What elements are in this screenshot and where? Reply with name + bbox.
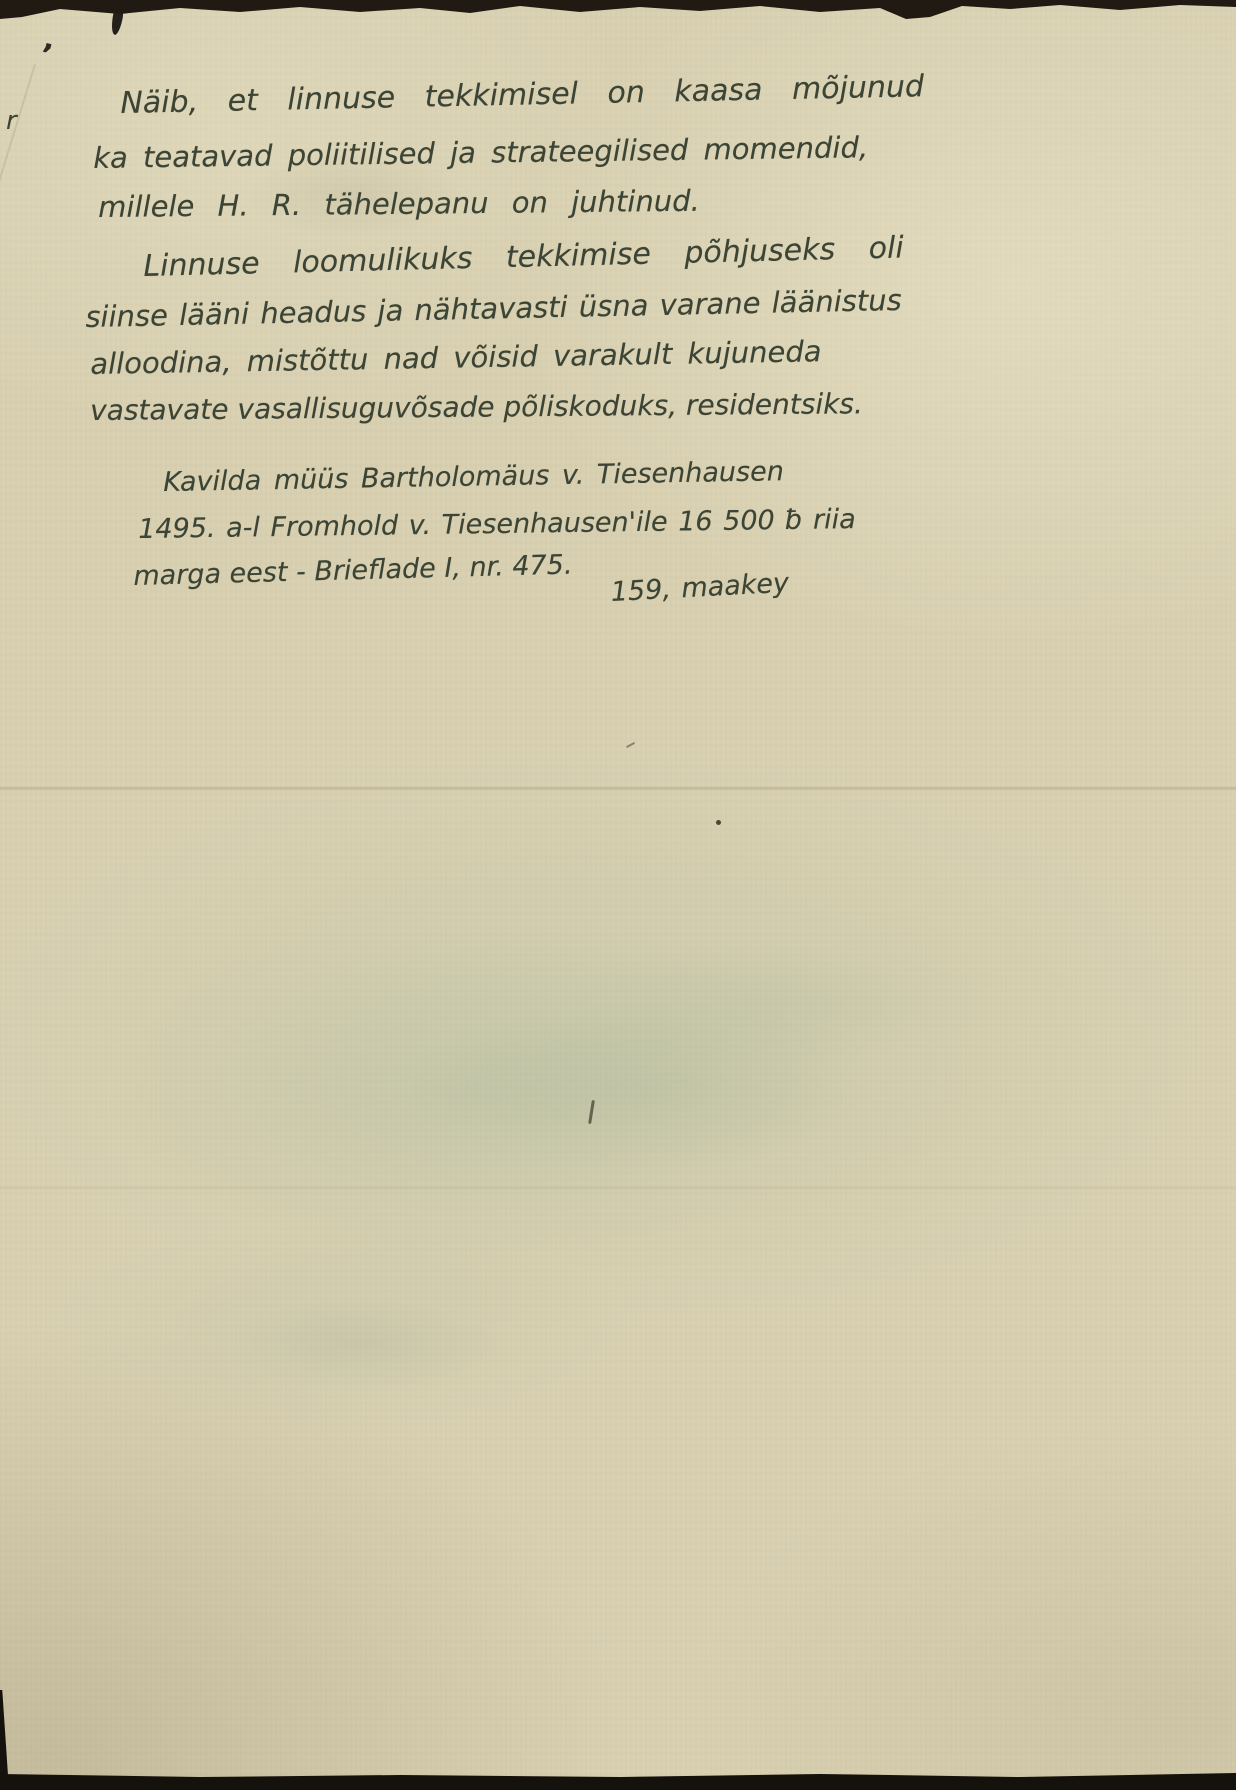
ink-dot: [716, 820, 721, 825]
scanned-document: Näib, et linnuse tekkimisel on kaasa mõj…: [0, 0, 1236, 1790]
fold-crease-faint: [0, 1186, 1236, 1190]
handwritten-line: vastavate vasallisuguvõsade põliskoduks,…: [90, 387, 863, 427]
ink-mark-margin: r: [6, 106, 17, 136]
fold-crease: [0, 786, 1236, 791]
handwritten-line: millele H. R. tähelepanu on juhtinud.: [98, 184, 700, 224]
